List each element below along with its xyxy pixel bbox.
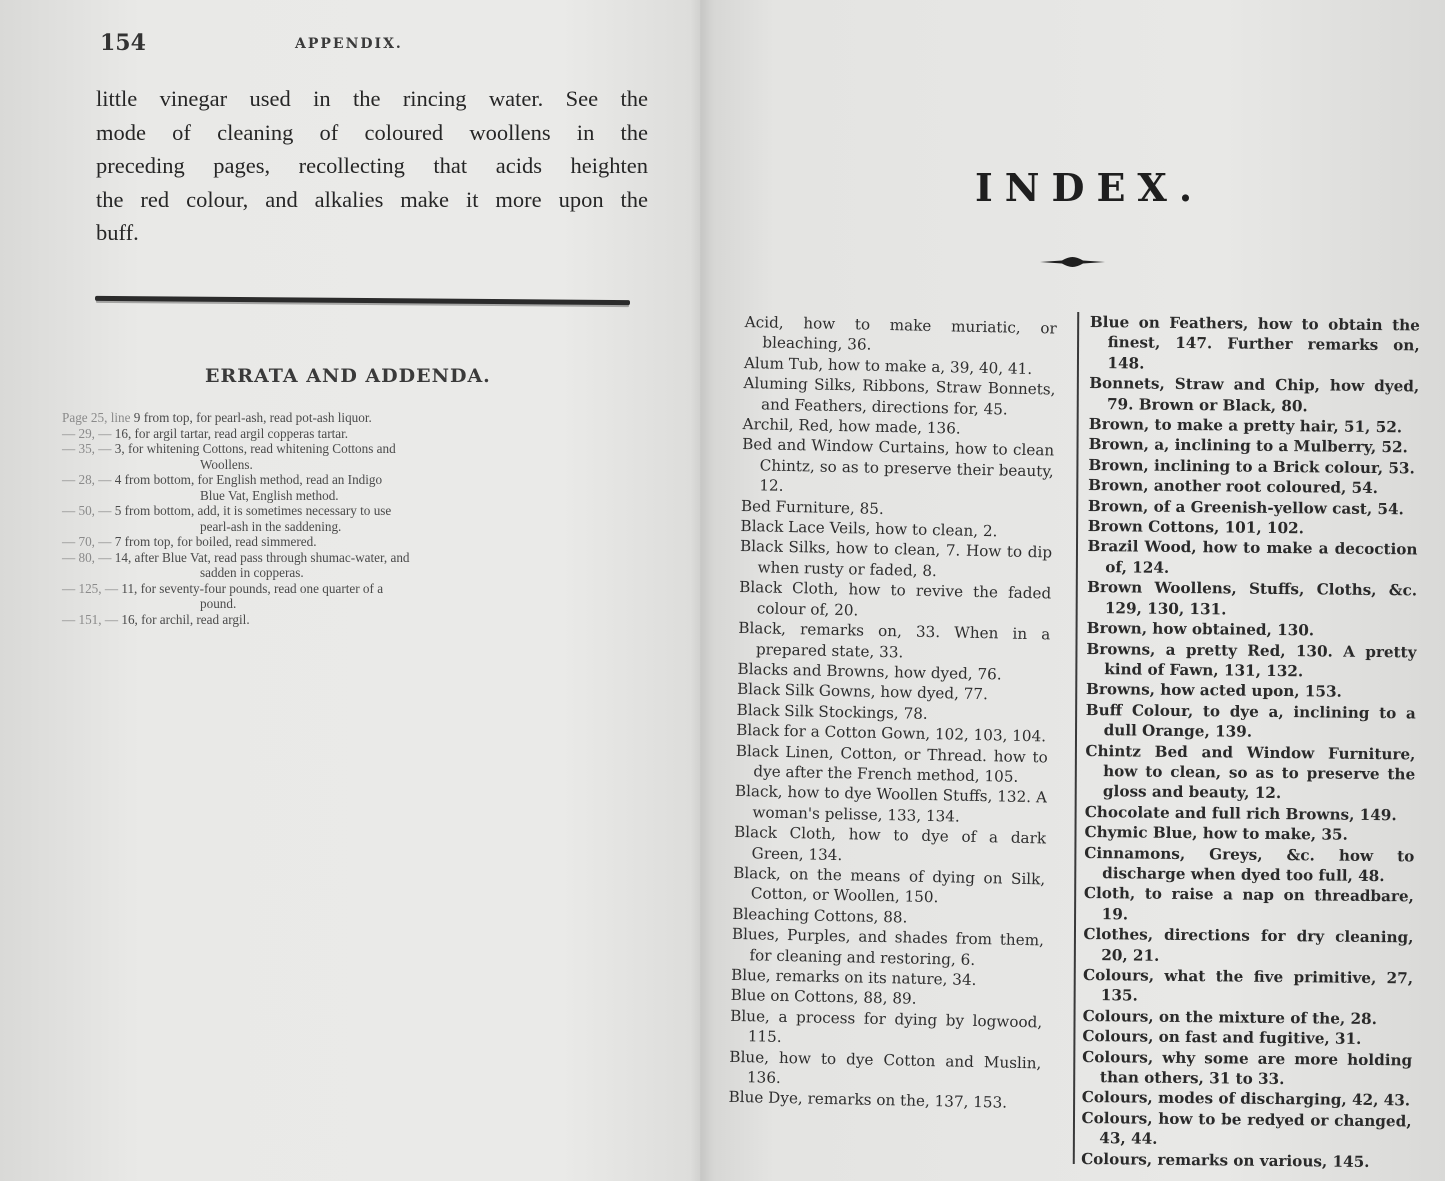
errata-location: — 28, —	[62, 472, 111, 487]
index-column-right: Blue on Feathers, how to obtain the fine…	[1081, 312, 1420, 1172]
index-entry: Bed and Window Curtains, how to clean Ch…	[741, 434, 1054, 502]
errata-continuation: Blue Vat, English method.	[62, 488, 640, 504]
index-entry: Chintz Bed and Window Furniture, how to …	[1085, 741, 1416, 806]
index-entry: Brown Woollens, Stuffs, Cloths, &c. 129,…	[1087, 577, 1417, 621]
errata-item: — 28, — 4 from bottom, for English metho…	[62, 472, 640, 503]
book-spread: 154 APPENDIX. little vinegar used in the…	[0, 0, 1445, 1181]
errata-text: 14, after Blue Vat, read pass through sh…	[115, 550, 410, 565]
errata-text: 9 from top, for pearl-ash, read pot-ash …	[134, 410, 372, 425]
index-entry: Brazil Wood, how to make a decoction of,…	[1087, 536, 1417, 580]
index-entry: Colours, remarks on various, 145.	[1081, 1149, 1411, 1173]
errata-location: — 29, —	[62, 426, 111, 441]
errata-location: — 125, —	[62, 581, 118, 596]
errata-text: 3, for whitening Cottons, read whitening…	[115, 441, 396, 456]
errata-text: 16, for argil tartar, read argil coppera…	[115, 426, 348, 441]
errata-location: — 80, —	[62, 550, 111, 565]
errata-location: — 151, —	[62, 612, 118, 627]
index-entry: Brown, how obtained, 130.	[1087, 618, 1417, 642]
index-entry: Blue on Feathers, how to obtain the fine…	[1089, 312, 1420, 377]
index-entry: Buff Colour, to dye a, inclining to a du…	[1086, 700, 1416, 744]
body-line: little vinegar used in the rincing water…	[96, 82, 648, 116]
errata-text: 5 from bottom, add, it is sometimes nece…	[115, 503, 392, 518]
errata-text: 16, for archil, read argil.	[121, 612, 249, 627]
index-entry: Black Silks, how to clean, 7. How to dip…	[739, 536, 1052, 583]
running-title: APPENDIX.	[295, 36, 403, 52]
index-entry: Blues, Purples, and shades from them, fo…	[731, 924, 1044, 971]
index-entry: Black, on the means of dying on Silk, Co…	[733, 863, 1046, 910]
index-entry: Colours, why some are more holding than …	[1082, 1047, 1412, 1091]
index-entry: Cinnamons, Greys, &c. how to discharge w…	[1084, 843, 1414, 887]
index-entry: Colours, what the five primitive, 27, 13…	[1083, 965, 1413, 1009]
errata-heading: ERRATA AND ADDENDA.	[205, 365, 491, 387]
index-entry: Aluming Silks, Ribbons, Straw Bonnets, a…	[743, 373, 1056, 420]
body-line: preceding pages, recollecting that acids…	[96, 149, 648, 183]
errata-item: — 80, — 14, after Blue Vat, read pass th…	[62, 550, 640, 581]
errata-continuation: pound.	[62, 596, 640, 612]
body-line: buff.	[96, 216, 648, 250]
index-entry: Colours, how to be redyed or changed, 43…	[1081, 1108, 1411, 1152]
index-column-left: Acid, how to make muriatic, or bleaching…	[728, 312, 1057, 1114]
body-line: mode of cleaning of coloured woollens in…	[96, 116, 648, 150]
index-heading: INDEX.	[975, 165, 1204, 210]
errata-item: — 70, — 7 from top, for boiled, read sim…	[62, 534, 640, 550]
index-entry: Blue, how to dye Cotton and Muslin, 136.	[729, 1046, 1042, 1093]
errata-location: Page 25, line	[62, 410, 131, 425]
errata-item: Page 25, line 9 from top, for pearl-ash,…	[62, 410, 640, 426]
errata-item: — 29, — 16, for argil tartar, read argil…	[62, 426, 640, 442]
index-entry: Black Cloth, how to revive the faded col…	[739, 577, 1052, 624]
fleuron-ornament-icon	[1040, 255, 1105, 269]
appendix-paragraph: little vinegar used in the rincing water…	[96, 82, 648, 250]
index-entry: Clothes, directions for dry cleaning, 20…	[1083, 924, 1413, 968]
errata-item: — 35, — 3, for whitening Cottons, read w…	[62, 441, 640, 472]
index-entry: Blue, a process for dying by logwood, 11…	[730, 1006, 1043, 1053]
errata-continuation: pearl-ash in the saddening.	[62, 519, 640, 535]
errata-item: — 151, — 16, for archil, read argil.	[62, 612, 640, 628]
index-entry: Colours, on fast and fugitive, 31.	[1082, 1026, 1412, 1050]
index-entry: Black Linen, Cotton, or Thread. how to d…	[735, 740, 1048, 787]
index-entry: Black, how to dye Woollen Stuffs, 132. A…	[734, 781, 1047, 828]
index-entry: Bonnets, Straw and Chip, how dyed, 79. B…	[1089, 373, 1419, 417]
errata-text: 4 from bottom, for English method, read …	[115, 472, 382, 487]
errata-location: — 50, —	[62, 503, 111, 518]
body-line: the red colour, and alkalies make it mor…	[96, 183, 648, 217]
errata-item: — 50, — 5 from bottom, add, it is someti…	[62, 503, 640, 534]
errata-text: 7 from top, for boiled, read simmered.	[115, 534, 317, 549]
running-head: 154 APPENDIX.	[100, 30, 650, 60]
errata-item: — 125, — 11, for seventy-four pounds, re…	[62, 581, 640, 612]
errata-continuation: Woollens.	[62, 457, 640, 473]
errata-list: Page 25, line 9 from top, for pearl-ash,…	[62, 410, 640, 627]
index-entry: Black Cloth, how to dye of a dark Green,…	[733, 822, 1046, 869]
index-entry: Cloth, to raise a nap on threadbare, 19.	[1084, 883, 1414, 927]
index-entry: Black, remarks on, 33. When in a prepare…	[738, 618, 1051, 665]
index-entry: Chymic Blue, how to make, 35.	[1084, 822, 1414, 846]
errata-location: — 70, —	[62, 534, 111, 549]
index-entry: Acid, how to make muriatic, or bleaching…	[744, 312, 1057, 359]
index-entry: Browns, a pretty Red, 130. A pretty kind…	[1086, 638, 1416, 682]
errata-location: — 35, —	[62, 441, 111, 456]
page-number: 154	[100, 30, 146, 56]
book-gutter	[690, 0, 714, 1181]
errata-text: 11, for seventy-four pounds, read one qu…	[121, 581, 383, 596]
errata-continuation: sadden in copperas.	[62, 565, 640, 581]
